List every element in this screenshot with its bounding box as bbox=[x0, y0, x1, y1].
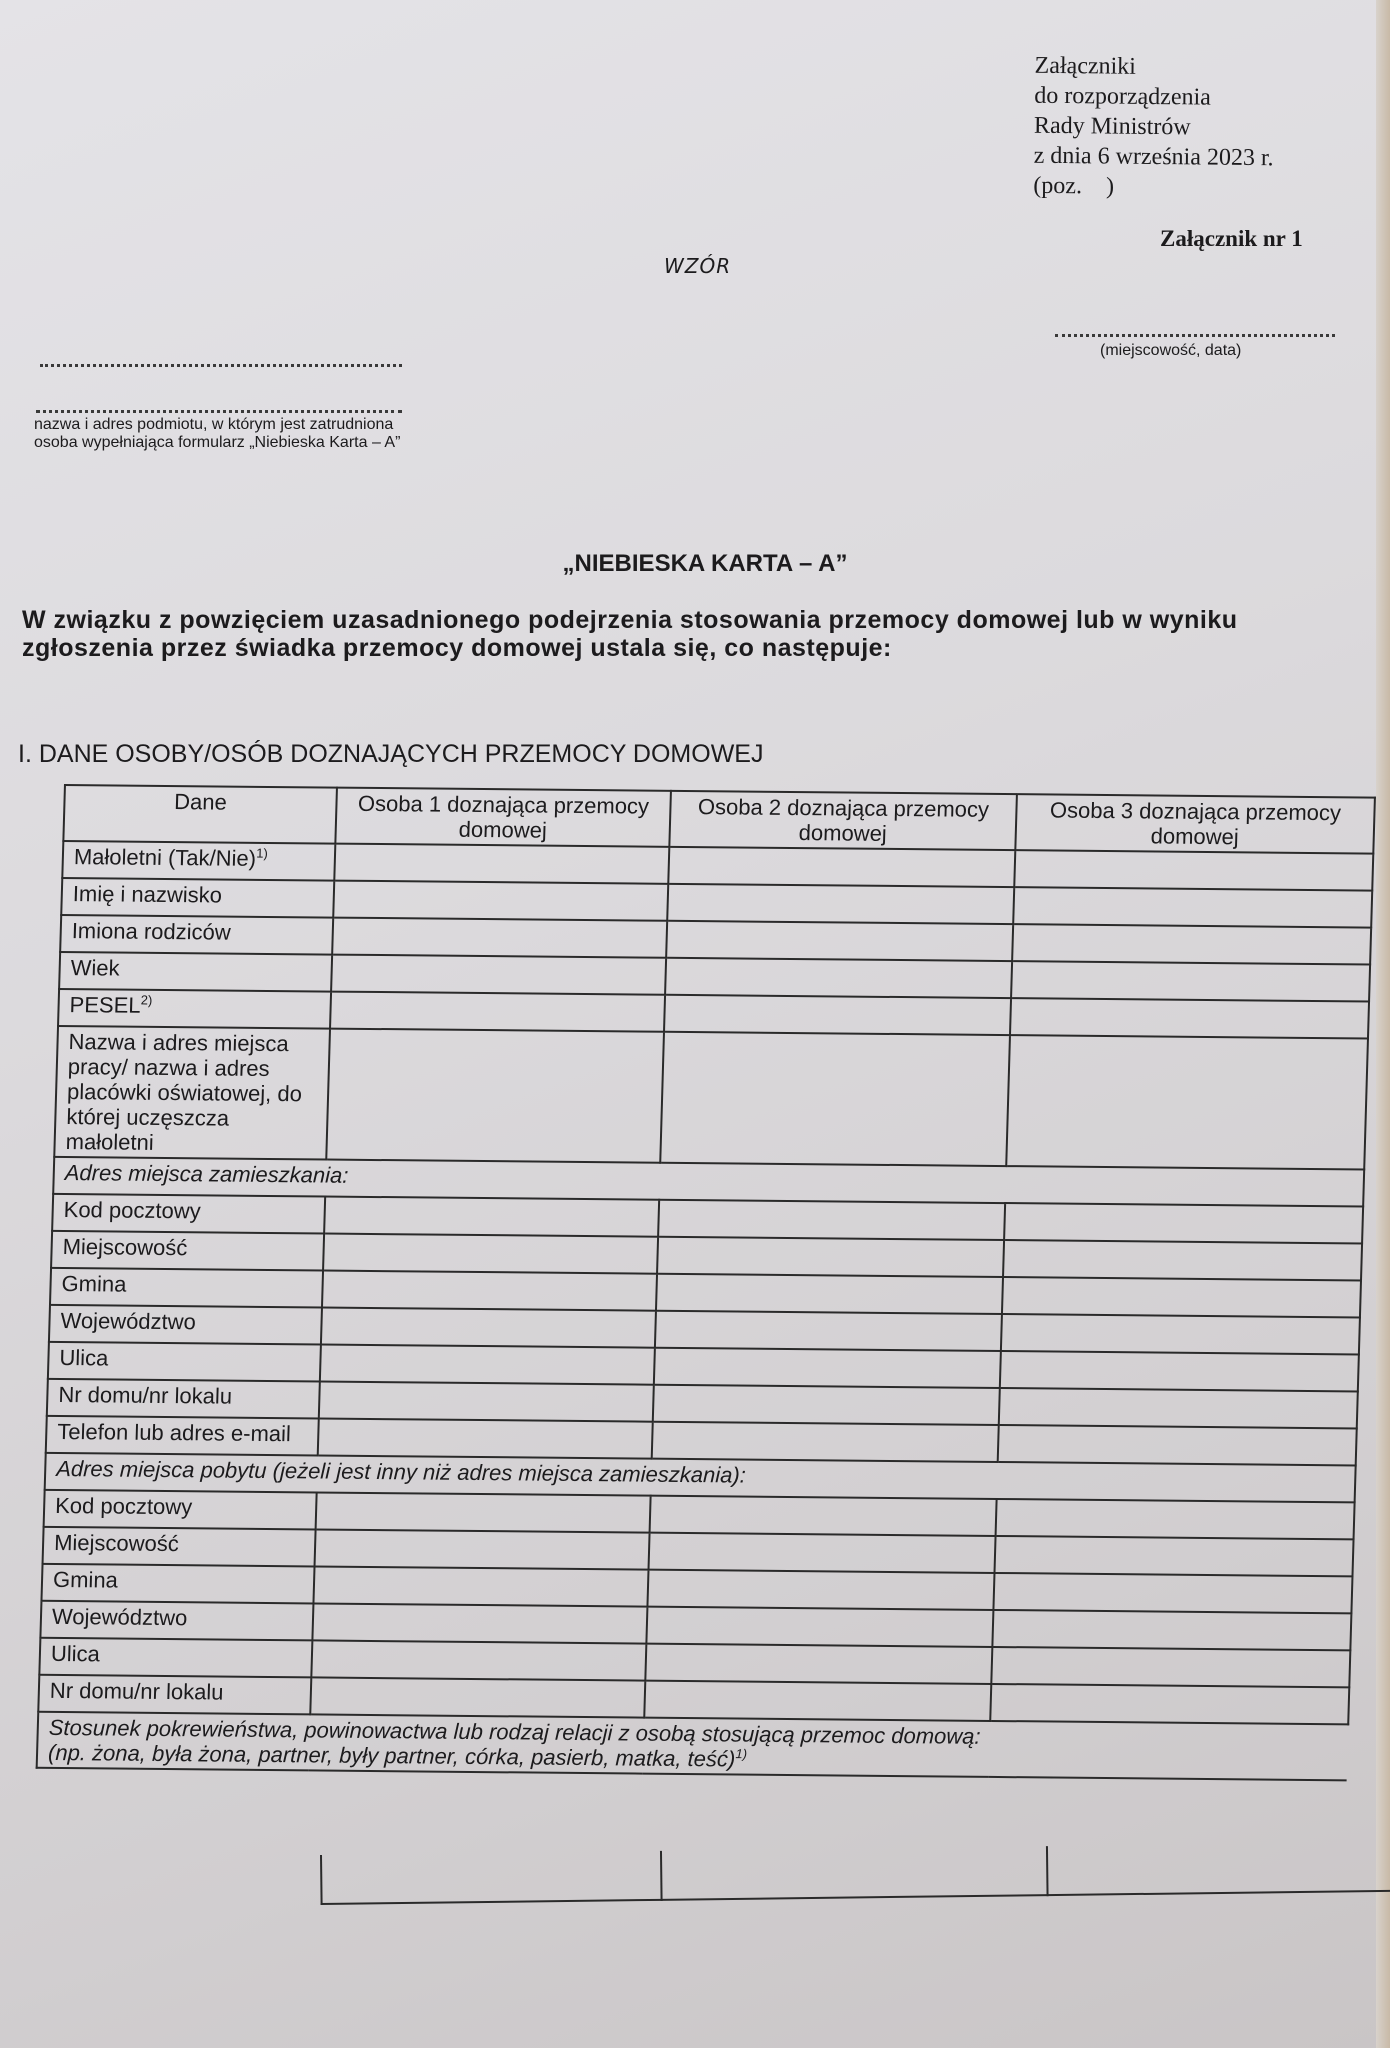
row-label: Miejscowość bbox=[43, 1527, 316, 1567]
input-cell-person-1[interactable] bbox=[311, 1640, 646, 1680]
intro-text: W związku z powzięciem uzasadnionego pod… bbox=[22, 606, 1362, 662]
input-cell-person-3[interactable] bbox=[1001, 1314, 1360, 1354]
row-label: Ulica bbox=[39, 1638, 312, 1678]
footnote-marker: 1) bbox=[735, 1746, 747, 1761]
input-cell-person-1[interactable] bbox=[322, 1271, 657, 1311]
paper-edge bbox=[1376, 0, 1390, 2048]
entity-name-field[interactable] bbox=[40, 364, 402, 367]
template-label: WZÓR bbox=[664, 254, 731, 278]
footnote-marker: 1) bbox=[256, 846, 268, 861]
input-cell-person-2[interactable] bbox=[649, 1533, 996, 1573]
input-cell-person-2[interactable] bbox=[644, 1681, 991, 1721]
input-cell-person-1[interactable] bbox=[334, 844, 669, 884]
input-cell-person-1[interactable] bbox=[331, 955, 666, 995]
input-cell-person-3[interactable] bbox=[998, 1425, 1357, 1465]
input-cell-person-2[interactable] bbox=[654, 1348, 1001, 1388]
input-cell-person-2[interactable] bbox=[653, 1385, 1000, 1425]
row-label: Gmina bbox=[50, 1268, 323, 1308]
row-label: Małoletni (Tak/Nie)1) bbox=[62, 841, 335, 881]
input-cell-person-2[interactable] bbox=[650, 1496, 997, 1536]
row-label: PESEL2) bbox=[58, 989, 331, 1029]
input-cell-person-3[interactable] bbox=[999, 1388, 1358, 1428]
input-cell-person-1[interactable] bbox=[310, 1677, 645, 1717]
input-cell-person-3[interactable] bbox=[992, 1610, 1351, 1650]
input-cell-person-1[interactable] bbox=[312, 1603, 647, 1643]
column-header: Osoba 2 doznająca przemocy domowej bbox=[669, 791, 1017, 850]
section-heading: I. DANE OSOBY/OSÓB DOZNAJĄCYCH PRZEMOCY … bbox=[18, 740, 763, 769]
place-date-field[interactable] bbox=[1055, 334, 1335, 337]
input-cell-person-3[interactable] bbox=[994, 1536, 1353, 1576]
input-cell-person-1[interactable] bbox=[316, 1492, 651, 1532]
input-cell-person-2[interactable] bbox=[658, 1200, 1005, 1240]
input-cell-person-3[interactable] bbox=[1004, 1203, 1363, 1243]
row-label: Ulica bbox=[48, 1342, 321, 1382]
row-label: Województwo bbox=[49, 1305, 322, 1345]
input-cell-person-3[interactable] bbox=[993, 1573, 1352, 1613]
input-cell-person-1[interactable] bbox=[330, 992, 665, 1032]
input-cell-person-1[interactable] bbox=[324, 1197, 659, 1237]
header-line: do rozporządzenia bbox=[1034, 81, 1274, 114]
attachment-number: Załącznik nr 1 bbox=[1160, 226, 1303, 252]
row-label: Wiek bbox=[59, 952, 332, 992]
input-cell-person-2[interactable] bbox=[646, 1607, 993, 1647]
header-line: Rady Ministrów bbox=[1034, 111, 1274, 144]
place-date-label: (miejscowość, data) bbox=[1100, 342, 1241, 360]
header-line: Załączniki bbox=[1034, 51, 1274, 84]
row-label: Nazwa i adres miejsca pracy/ nazwa i adr… bbox=[54, 1026, 330, 1160]
input-cell-person-3[interactable] bbox=[990, 1684, 1349, 1724]
input-cell-person-3[interactable] bbox=[1010, 998, 1369, 1038]
regulation-header: Załączniki do rozporządzenia Rady Minist… bbox=[1033, 51, 1274, 204]
victims-table: Dane Osoba 1 doznająca przemocy domowej … bbox=[36, 784, 1374, 1781]
row-label: Kod pocztowy bbox=[52, 1194, 325, 1234]
input-cell-person-2[interactable] bbox=[652, 1422, 999, 1462]
input-cell-person-3[interactable] bbox=[1003, 1240, 1362, 1280]
input-cell-person-1[interactable] bbox=[320, 1344, 655, 1384]
header-line: z dnia 6 września 2023 r. bbox=[1034, 141, 1274, 174]
form-title: „NIEBIESKA KARTA – A” bbox=[0, 550, 1390, 578]
input-cell-person-2[interactable] bbox=[667, 884, 1014, 924]
row-label: Telefon lub adres e-mail bbox=[46, 1416, 319, 1456]
input-cell-person-1[interactable] bbox=[333, 881, 668, 921]
input-cell-person-3[interactable] bbox=[1012, 924, 1371, 964]
relation-field-person-3[interactable] bbox=[1046, 1842, 1390, 1896]
relation-field-person-2[interactable] bbox=[660, 1846, 1049, 1901]
column-header: Osoba 1 doznająca przemocy domowej bbox=[335, 788, 671, 847]
relation-label: Stosunek pokrewieństwa, powinowactwa lub… bbox=[37, 1712, 1349, 1781]
input-cell-person-2[interactable] bbox=[668, 847, 1015, 887]
input-cell-person-2[interactable] bbox=[664, 995, 1011, 1035]
input-cell-person-2[interactable] bbox=[665, 958, 1012, 998]
row-label: Imię i nazwisko bbox=[61, 878, 334, 918]
input-cell-person-3[interactable] bbox=[991, 1647, 1350, 1687]
input-cell-person-1[interactable] bbox=[323, 1234, 658, 1274]
input-cell-person-1[interactable] bbox=[315, 1529, 650, 1569]
input-cell-person-2[interactable] bbox=[647, 1570, 994, 1610]
relation-fields bbox=[320, 1842, 1390, 1905]
input-cell-person-2[interactable] bbox=[657, 1237, 1004, 1277]
input-cell-person-3[interactable] bbox=[1000, 1351, 1359, 1391]
row-label: Nr domu/nr lokalu bbox=[47, 1379, 320, 1419]
input-cell-person-3[interactable] bbox=[1002, 1277, 1361, 1317]
column-header: Osoba 3 doznająca przemocy domowej bbox=[1015, 794, 1375, 853]
entity-label: nazwa i adres podmiotu, w którym jest za… bbox=[34, 416, 414, 452]
input-cell-person-3[interactable] bbox=[1011, 961, 1370, 1001]
input-cell-person-3[interactable] bbox=[1013, 887, 1372, 927]
input-cell-person-2[interactable] bbox=[666, 921, 1013, 961]
input-cell-person-3[interactable] bbox=[1006, 1035, 1368, 1169]
row-label: Miejscowość bbox=[51, 1231, 324, 1271]
row-label: Imiona rodziców bbox=[60, 915, 333, 955]
entity-address-field[interactable] bbox=[36, 410, 402, 413]
input-cell-person-2[interactable] bbox=[645, 1644, 992, 1684]
input-cell-person-2[interactable] bbox=[656, 1274, 1003, 1314]
row-label: Nr domu/nr lokalu bbox=[38, 1675, 311, 1715]
input-cell-person-1[interactable] bbox=[313, 1566, 648, 1606]
row-label: Województwo bbox=[40, 1601, 313, 1641]
footnote-marker: 2) bbox=[141, 992, 153, 1007]
input-cell-person-3[interactable] bbox=[1014, 850, 1373, 890]
relation-row: Stosunek pokrewieństwa, powinowactwa lub… bbox=[37, 1712, 1349, 1781]
column-header: Dane bbox=[63, 785, 337, 844]
row-label: Gmina bbox=[41, 1564, 314, 1604]
input-cell-person-2[interactable] bbox=[660, 1032, 1010, 1166]
table-row: Nazwa i adres miejsca pracy/ nazwa i adr… bbox=[54, 1026, 1368, 1170]
relation-field-person-1[interactable] bbox=[320, 1851, 663, 1905]
row-label: Kod pocztowy bbox=[44, 1490, 317, 1530]
header-line: (poz. ) bbox=[1033, 171, 1273, 204]
input-cell-person-1[interactable] bbox=[319, 1381, 654, 1421]
input-cell-person-1[interactable] bbox=[332, 918, 667, 958]
input-cell-person-3[interactable] bbox=[996, 1499, 1355, 1539]
input-cell-person-1[interactable] bbox=[318, 1418, 653, 1458]
input-cell-person-1[interactable] bbox=[321, 1308, 656, 1348]
input-cell-person-1[interactable] bbox=[326, 1029, 664, 1163]
input-cell-person-2[interactable] bbox=[655, 1311, 1002, 1351]
